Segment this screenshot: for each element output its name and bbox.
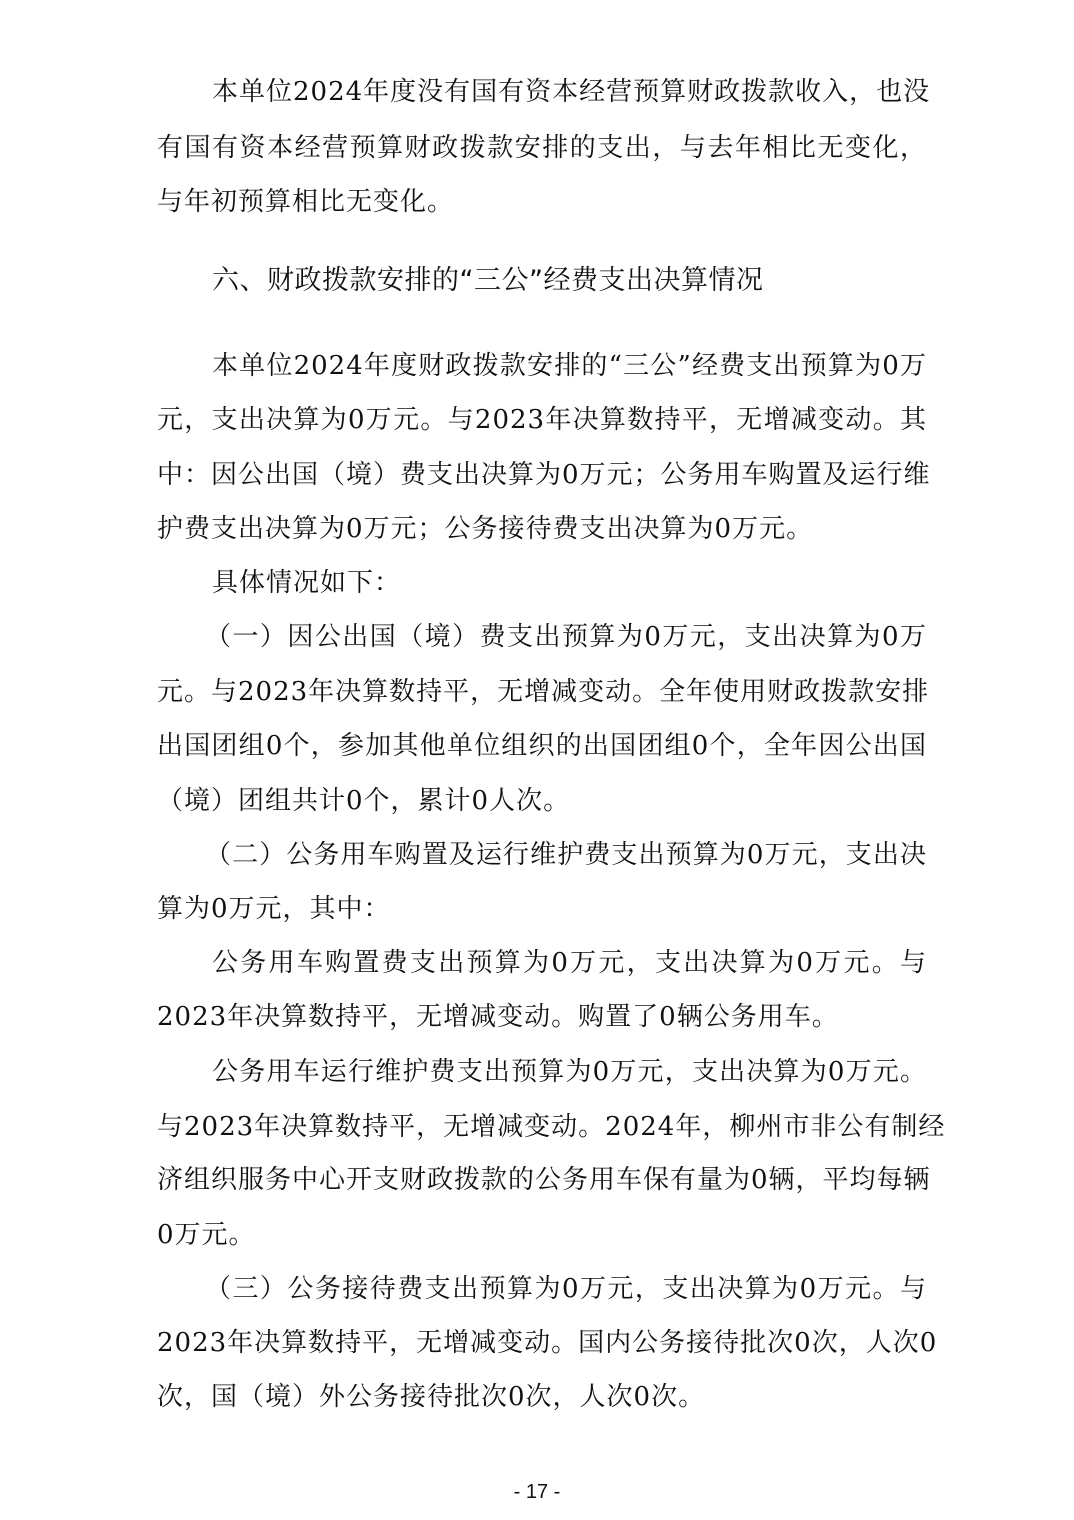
text-line: （境）团组共计0个，累计0人次。 <box>157 785 927 817</box>
text-line: （三）公务接待费支出预算为0万元，支出决算为0万元。与 <box>205 1273 927 1305</box>
text-line: 0万元。 <box>157 1219 927 1251</box>
text-line: 公务用车购置费支出预算为0万元，支出决算为0万元。与 <box>212 947 927 979</box>
text-line: 本单位2024年度没有国有资本经营预算财政拨款收入，也没 <box>212 76 927 108</box>
text-line: 与年初预算相比无变化。 <box>157 186 927 218</box>
text-line: 出国团组0个，参加其他单位组织的出国团组0个，全年因公出国 <box>157 730 927 762</box>
page-number: - 17 - <box>0 1480 1074 1504</box>
document-page: 本单位2024年度没有国有资本经营预算财政拨款收入，也没 有国有资本经营预算财政… <box>0 0 1074 1520</box>
text-line: 2023年决算数持平，无增减变动。国内公务接待批次0次，人次0 <box>157 1327 927 1359</box>
text-line: 济组织服务中心开支财政拨款的公务用车保有量为0辆，平均每辆 <box>157 1164 927 1196</box>
text-line: 具体情况如下： <box>212 567 927 599</box>
text-line: 公务用车运行维护费支出预算为0万元，支出决算为0万元。 <box>212 1056 927 1088</box>
text-line: 算为0万元，其中： <box>157 893 927 925</box>
text-line: 元。与2023年决算数持平，无增减变动。全年使用财政拨款安排 <box>157 676 927 708</box>
text-line: （二）公务用车购置及运行维护费支出预算为0万元，支出决 <box>205 839 927 871</box>
text-line: 中：因公出国（境）费支出决算为0万元；公务用车购置及运行维 <box>157 459 927 491</box>
text-line: 本单位2024年度财政拨款安排的“三公”经费支出预算为0万 <box>212 350 927 382</box>
text-line: （一）因公出国（境）费支出预算为0万元，支出决算为0万 <box>205 621 927 653</box>
text-line: 与2023年决算数持平，无增减变动。2024年，柳州市非公有制经 <box>157 1111 927 1143</box>
text-line: 护费支出决算为0万元；公务接待费支出决算为0万元。 <box>157 513 927 545</box>
text-line: 2023年决算数持平，无增减变动。购置了0辆公务用车。 <box>157 1001 927 1033</box>
text-line: 有国有资本经营预算财政拨款安排的支出，与去年相比无变化， <box>157 132 927 164</box>
text-line: 元，支出决算为0万元。与2023年决算数持平，无增减变动。其 <box>157 404 927 436</box>
section-heading: 六、财政拨款安排的“三公”经费支出决算情况 <box>212 264 763 298</box>
text-line: 次，国（境）外公务接待批次0次，人次0次。 <box>157 1381 927 1413</box>
